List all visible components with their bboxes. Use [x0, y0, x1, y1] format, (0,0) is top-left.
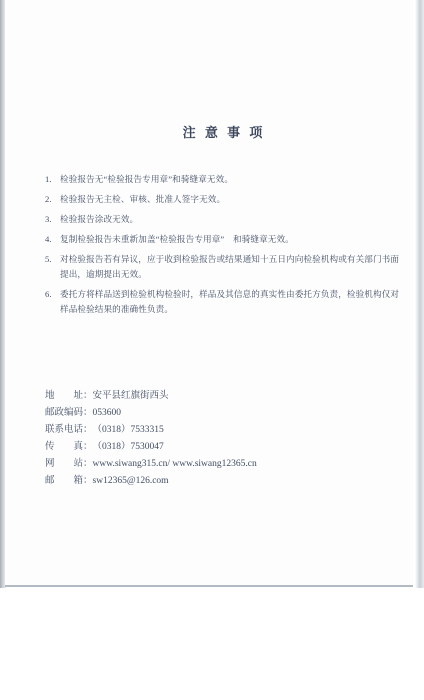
contact-row-website: 网 站： www.siwang315.cn/ www.siwang12365.c…: [45, 456, 403, 473]
contact-value: 安平县红旗街西头: [93, 388, 169, 405]
notice-item: 1. 检验报告无“检验报告专用章”和骑缝章无效。: [45, 172, 403, 187]
page-title: 注 意 事 项: [45, 126, 403, 140]
notice-page: 注 意 事 项 1. 检验报告无“检验报告专用章”和骑缝章无效。 2. 检验报告…: [5, 0, 413, 587]
item-text: 检验报告涂改无效。: [60, 212, 403, 227]
notice-item: 2. 检验报告无主检、审核、批准人签字无效。: [45, 192, 403, 207]
contact-label: 邮政编码：: [45, 405, 93, 422]
item-number: 3.: [45, 212, 60, 227]
contact-value: sw12365@126.com: [93, 473, 169, 490]
contact-row-address: 地 址： 安平县红旗街西头: [45, 388, 403, 405]
item-text: 检验报告无“检验报告专用章”和骑缝章无效。: [60, 172, 403, 187]
item-number: 4.: [45, 232, 60, 247]
contact-label: 网 站：: [45, 456, 93, 473]
contact-label: 地 址：: [45, 388, 93, 405]
contact-row-postcode: 邮政编码： 053600: [45, 405, 403, 422]
notice-item: 3. 检验报告涂改无效。: [45, 212, 403, 227]
contact-row-email: 邮 箱： sw12365@126.com: [45, 473, 403, 490]
item-number: 1.: [45, 172, 60, 187]
contact-value: （0318）7530047: [93, 439, 164, 456]
contact-label: 邮 箱：: [45, 473, 93, 490]
item-text: 检验报告无主检、审核、批准人签字无效。: [60, 192, 403, 207]
notice-item: 4. 复制检验报告未重新加盖“检验报告专用章” 和骑缝章无效。: [45, 232, 403, 247]
page-content: 注 意 事 项 1. 检验报告无“检验报告专用章”和骑缝章无效。 2. 检验报告…: [5, 0, 413, 490]
notice-item: 5. 对检验报告若有异议，应于收到检验报告或结果通知十五日内向检验机构或有关部门…: [45, 252, 403, 282]
notice-list: 1. 检验报告无“检验报告专用章”和骑缝章无效。 2. 检验报告无主检、审核、批…: [45, 172, 403, 317]
contact-value: www.siwang315.cn/ www.siwang12365.cn: [93, 456, 257, 473]
contact-value: 053600: [93, 405, 122, 422]
notice-item: 6. 委托方将样品送到检验机构检验时，样品及其信息的真实性由委托方负责，检验机构…: [45, 287, 403, 317]
contact-label: 传 真：: [45, 439, 93, 456]
contact-row-phone: 联系电话： （0318）7533315: [45, 422, 403, 439]
item-number: 5.: [45, 252, 60, 282]
item-text: 复制检验报告未重新加盖“检验报告专用章” 和骑缝章无效。: [60, 232, 403, 247]
contact-value: （0318）7533315: [93, 422, 164, 439]
contact-label: 联系电话：: [45, 422, 93, 439]
item-text: 委托方将样品送到检验机构检验时，样品及其信息的真实性由委托方负责，检验机构仅对样…: [60, 287, 403, 317]
item-number: 6.: [45, 287, 60, 317]
item-text: 对检验报告若有异议，应于收到检验报告或结果通知十五日内向检验机构或有关部门书面提…: [60, 252, 403, 282]
contact-info: 地 址： 安平县红旗街西头 邮政编码： 053600 联系电话： （0318）7…: [45, 388, 403, 490]
scan-right-edge: [415, 0, 424, 588]
item-number: 2.: [45, 192, 60, 207]
contact-row-fax: 传 真： （0318）7530047: [45, 439, 403, 456]
